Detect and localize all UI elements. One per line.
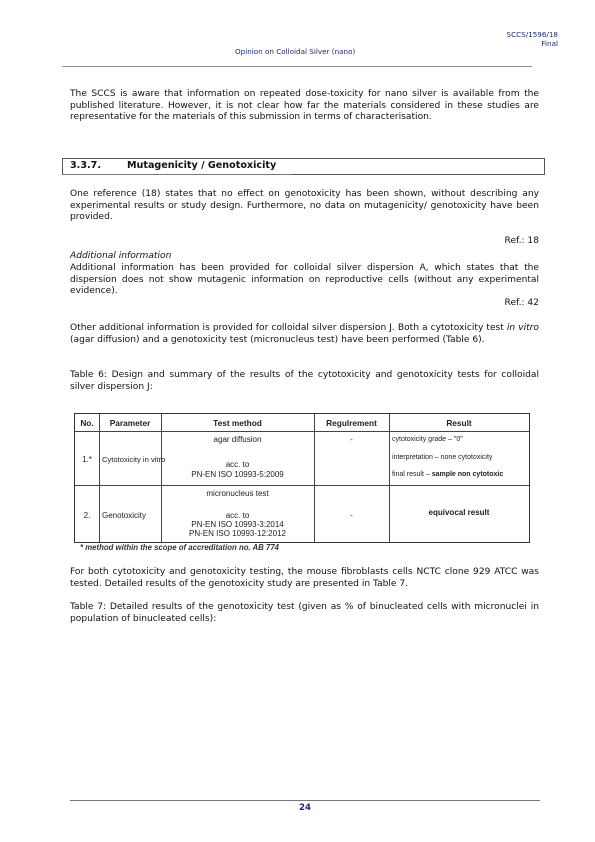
paragraph-cell-line: For both cytotoxicity and genotoxicity t…: [70, 567, 539, 590]
table-6: No. Parameter Test method Regulrement Re…: [74, 413, 530, 543]
th-result: Result: [389, 418, 529, 428]
section-title: Mutagenicity / Genotoxicity: [127, 160, 276, 171]
section-number: 3.3.7.: [70, 160, 101, 171]
table6-caption: Table 6: Design and summary of the resul…: [70, 370, 539, 393]
col-divider: [99, 414, 100, 542]
th-test-method: Test method: [161, 418, 314, 428]
row1-result-final: final result – sample non cytotoxic: [392, 471, 503, 478]
row2-parameter: Genotoxicity: [102, 511, 146, 520]
row2-requirement: -: [314, 511, 389, 520]
row2-result: equivocal result: [389, 508, 529, 517]
footer-divider: [70, 800, 540, 801]
paragraph-dispersion-a: Additional information has been provided…: [70, 263, 539, 298]
row1-parameter: Cytotoxicity in vitro: [102, 455, 162, 464]
doc-status: Final: [507, 39, 558, 48]
intro-paragraph: The SCCS is aware that information on re…: [70, 89, 539, 124]
paragraph-dispersion-j: Other additional information is provided…: [70, 323, 539, 346]
p3-text-b: (agar diffusion) and a genotoxicity test…: [70, 335, 485, 345]
p3-in-vitro: in vitro: [507, 323, 539, 333]
row1-result-interpretation: interpretation – none cytotoxicity: [392, 454, 492, 461]
row1-result-final-value: sample non cytotoxic: [432, 471, 504, 478]
running-title: Opinion on Colloidal Silver (nano): [235, 47, 355, 56]
row1-requirement: -: [314, 435, 389, 444]
row-divider: [75, 485, 529, 486]
p3-text-a: Other additional information is provided…: [70, 323, 507, 333]
th-parameter: Parameter: [99, 418, 161, 428]
row2-method-acc: acc. to: [161, 511, 314, 520]
row-divider: [75, 431, 529, 432]
th-requirement: Regulrement: [314, 418, 389, 428]
row1-result-grade: cytotoxicity grade – "0": [392, 436, 463, 443]
paragraph-reference-18: One reference (18) states that no effect…: [70, 189, 539, 224]
additional-info-heading: Additional information: [70, 251, 539, 263]
row2-no: 2.: [75, 511, 99, 520]
reference-18: Ref.: 18: [505, 236, 539, 246]
row1-method-std: PN-EN ISO 10993-5:2009: [161, 470, 314, 479]
col-divider: [389, 414, 390, 542]
reference-42: Ref.: 42: [505, 298, 539, 308]
row2-method-name: micronucleus test: [161, 489, 314, 498]
page-number: 24: [0, 803, 595, 813]
table7-caption: Table 7: Detailed results of the genotox…: [70, 602, 539, 625]
row1-no: 1.*: [75, 455, 99, 464]
row2-method-std-2: PN-EN ISO 10993-12:2012: [161, 529, 314, 538]
section-underline: [62, 174, 292, 175]
doc-code: SCCS/1596/18: [507, 30, 558, 39]
col-divider: [314, 414, 315, 542]
table6-footnote: * method within the scope of accreditati…: [80, 543, 279, 552]
header-divider: [62, 66, 532, 67]
th-no: No.: [75, 418, 99, 428]
row1-method-acc: acc. to: [161, 460, 314, 469]
row2-method-std-1: PN-EN ISO 10993-3:2014: [161, 520, 314, 529]
row1-result-final-label: final result –: [392, 471, 432, 478]
document-code: SCCS/1596/18 Final: [507, 30, 558, 48]
row1-method-name: agar diffusion: [161, 435, 314, 444]
